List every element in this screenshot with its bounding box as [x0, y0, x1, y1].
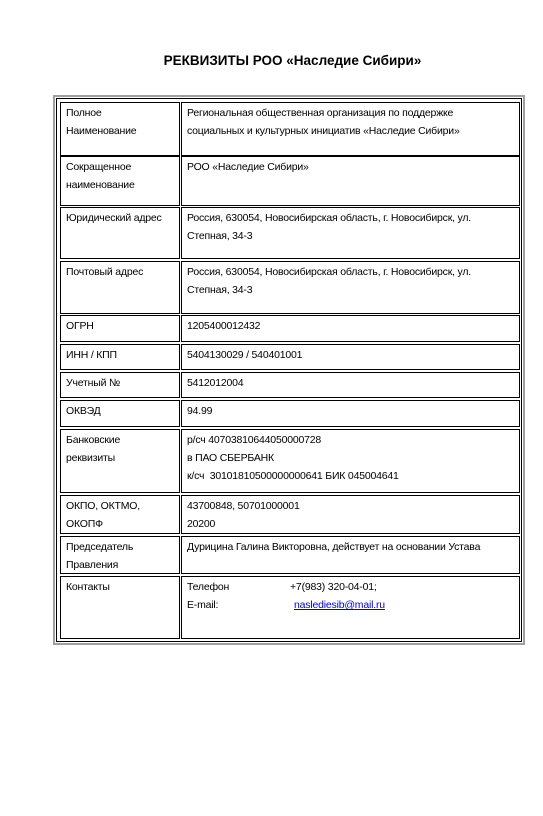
phone-value: +7(983) 320-04-01;: [290, 581, 377, 593]
label-okpo-oktmo-okopf: ОКПО, ОКТМО, ОКОПФ: [60, 495, 180, 534]
page-title: РЕКВИЗИТЫ РОО «Наследие Сибири»: [0, 53, 543, 68]
label-legal-address: Юридический адрес: [60, 207, 180, 259]
value-legal-address: Россия, 630054, Новосибирская область, г…: [181, 207, 520, 259]
label-okved: ОКВЭД: [60, 400, 180, 427]
label-bank-details: Банковские реквизиты: [60, 429, 180, 493]
value-ogrn: 1205400012432: [181, 315, 520, 342]
label-contacts: Контакты: [60, 576, 180, 639]
contact-email-line: E-mail:naslediesib@mail.ru: [187, 596, 514, 614]
label-registration-number: Учетный №: [60, 372, 180, 398]
value-registration-number: 5412012004: [181, 372, 520, 398]
email-link[interactable]: naslediesib@mail.ru: [294, 599, 385, 611]
value-contacts: Телефон+7(983) 320-04-01; E-mail:nasledi…: [181, 576, 520, 639]
value-chairman: Дурицина Галина Викторовна, действует на…: [181, 536, 520, 574]
label-chairman: Председатель Правления: [60, 536, 180, 574]
value-full-name: Региональная общественная организация по…: [181, 102, 520, 156]
label-ogrn: ОГРН: [60, 315, 180, 342]
label-postal-address: Почтовый адрес: [60, 261, 180, 314]
label-inn-kpp: ИНН / КПП: [60, 344, 180, 370]
value-bank-details: р/сч 40703810644050000728 в ПАО СБЕРБАНК…: [181, 429, 520, 493]
value-inn-kpp: 5404130029 / 540401001: [181, 344, 520, 370]
value-okved: 94.99: [181, 400, 520, 427]
contact-phone-line: Телефон+7(983) 320-04-01;: [187, 578, 514, 596]
value-okpo-oktmo-okopf: 43700848, 50701000001 20200: [181, 495, 520, 534]
phone-label: Телефон: [187, 578, 290, 596]
value-short-name: РОО «Наследие Сибири»: [181, 156, 520, 206]
email-label: E-mail:: [187, 596, 294, 614]
label-full-name: Полное Наименование: [60, 102, 180, 156]
value-postal-address: Россия, 630054, Новосибирская область, г…: [181, 261, 520, 314]
label-short-name: Сокращенное наименование: [60, 156, 180, 206]
